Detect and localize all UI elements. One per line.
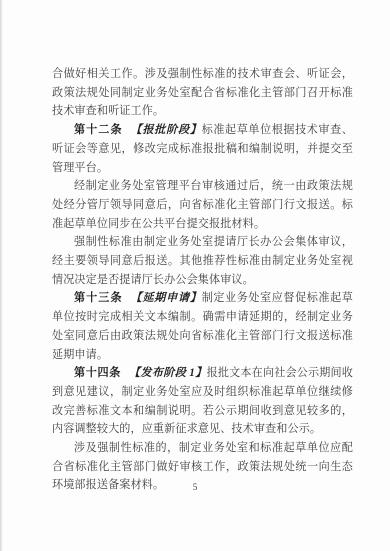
stage-tag: 【延期申请】 (131, 292, 202, 304)
article-number: 第十三条 (74, 292, 123, 304)
page-number: 5 (0, 483, 390, 493)
paragraph: 第十四条【发布阶段 1】报批文本在向社会公示期间收到意见建议，制定业务处室应及时… (52, 364, 353, 439)
document-body: 合做好相关工作。涉及强制性标准的技术审查会、听证会，政策法规处同制定业务处室配合… (52, 65, 353, 495)
stage-tag: 【报批阶段】 (131, 124, 202, 136)
scan-page-edge (0, 0, 3, 551)
stage-tag: 【发布阶段 1】 (129, 367, 207, 379)
paragraph: 第十三条【延期申请】制定业务处室应督促标准起草单位按时完成相关文本编制。确需申请… (52, 289, 353, 364)
paragraph: 合做好相关工作。涉及强制性标准的技术审查会、听证会，政策法规处同制定业务处室配合… (52, 65, 353, 121)
article-number: 第十二条 (74, 124, 123, 136)
paragraph: 第十二条【报批阶段】标准起草单位根据技术审查、听证会等意见，修改完成标准报批稿和… (52, 121, 353, 177)
paragraph: 经制定业务处室管理平台审核通过后，统一由政策法规处经分管厅领导同意后，向省标准化… (52, 177, 353, 233)
paragraph: 强制性标准由制定业务处室提请厅长办公会集体审议，经主要领导同意后报送。其他推荐性… (52, 233, 353, 289)
article-number: 第十四条 (74, 367, 121, 379)
